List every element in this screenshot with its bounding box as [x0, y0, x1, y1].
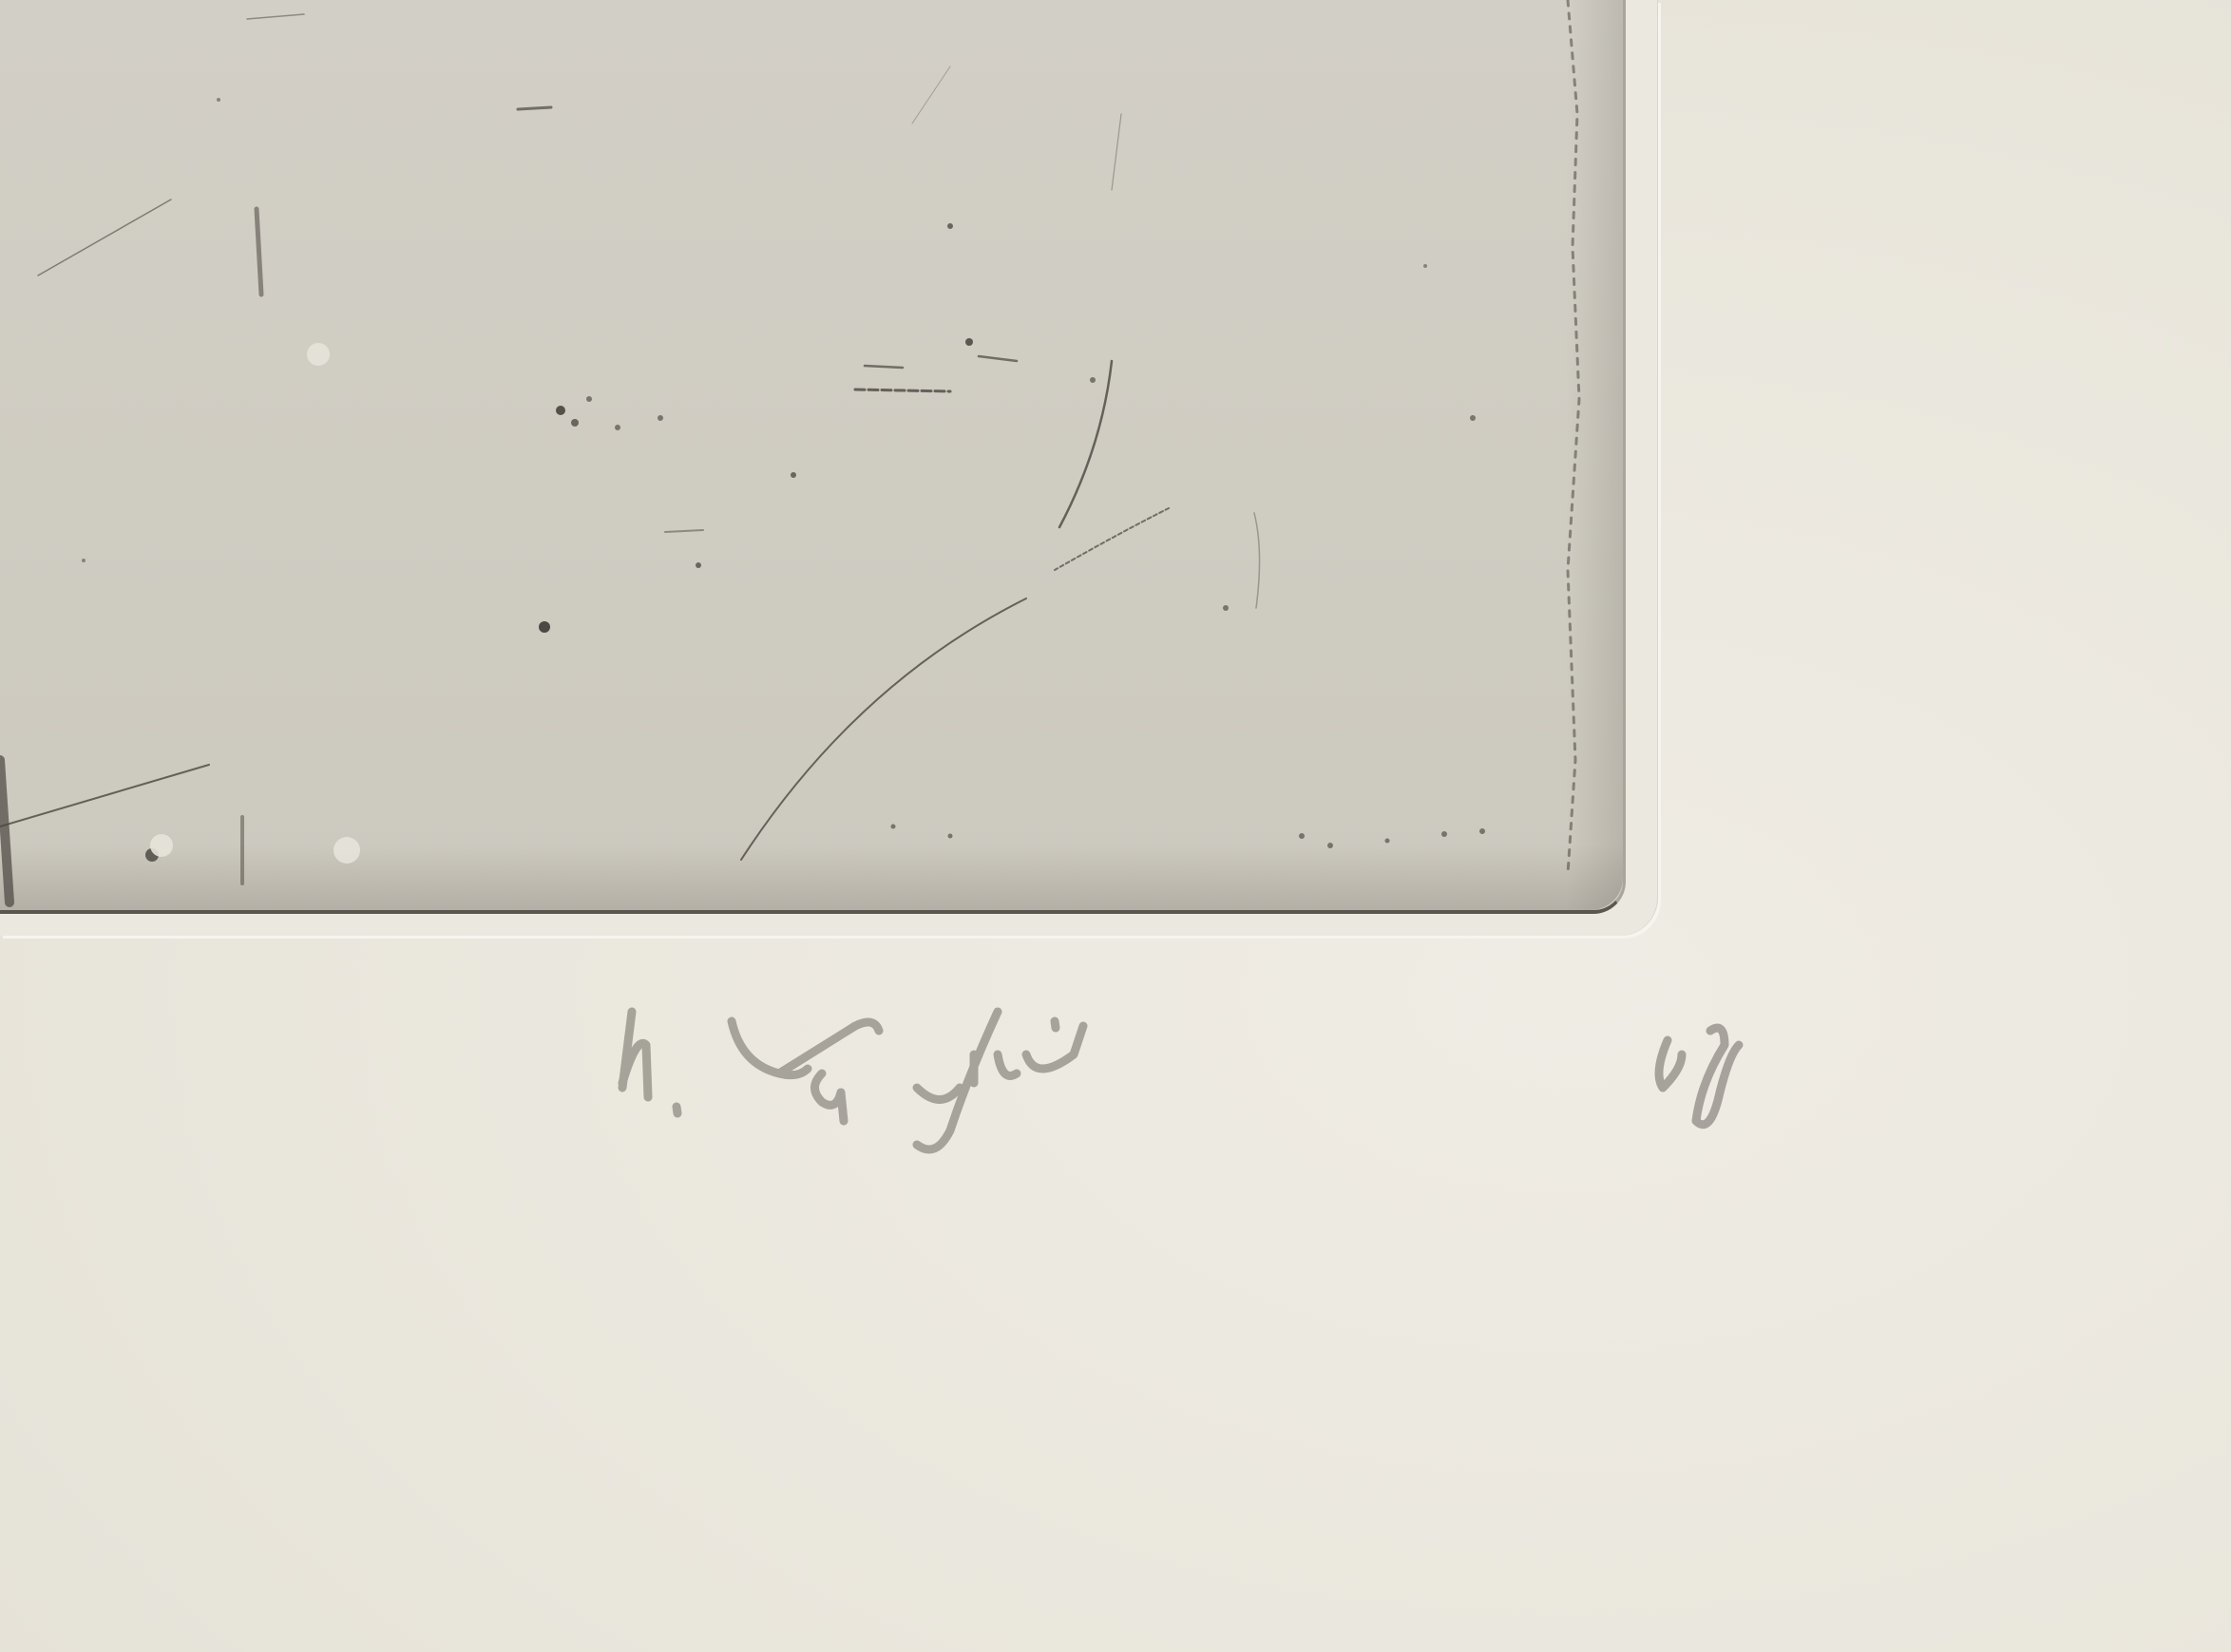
- pencil-signature: W. Lasuis 58: [608, 978, 1805, 1168]
- signature-strokes: [608, 978, 1805, 1168]
- etched-scratch-marks: [0, 0, 1625, 912]
